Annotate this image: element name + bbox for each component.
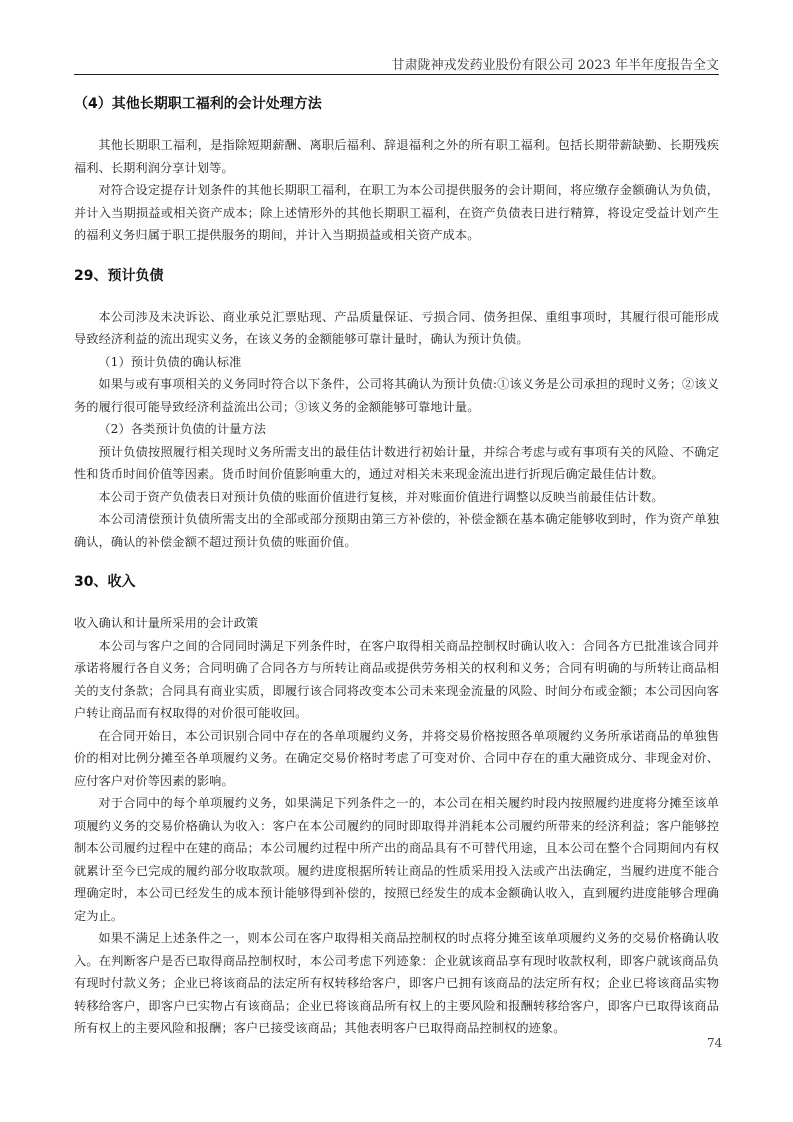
heading-provisions: 29、预计负债 <box>74 264 719 288</box>
subheading-recognition-criteria: （1）预计负债的确认标准 <box>74 351 719 374</box>
paragraph: 预计负债按照履行相关现时义务所需支出的最佳估计数进行初始计量，并综合考虑与或有事… <box>74 441 719 486</box>
paragraph: 本公司清偿预计负债所需支出的全部或部分预期由第三方补偿的，补偿金额在基本确定能够… <box>74 508 719 553</box>
revenue-policy-subtitle: 收入确认和计量所采用的会计政策 <box>74 612 719 635</box>
paragraph: 本公司与客户之间的合同同时满足下列条件时，在客户取得相关商品控制权时确认收入：合… <box>74 635 719 725</box>
paragraph: 其他长期职工福利，是指除短期薪酬、离职后福利、辞退福利之外的所有职工福利。包括长… <box>74 134 719 179</box>
subheading-measurement-methods: （2）各类预计负债的计量方法 <box>74 418 719 441</box>
paragraph: 如果与或有事项相关的义务同时符合以下条件，公司将其确认为预计负债:①该义务是公司… <box>74 373 719 418</box>
page-number: 74 <box>707 1036 722 1050</box>
paragraph: 在合同开始日，本公司识别合同中存在的各单项履约义务，并将交易价格按照各单项履约义… <box>74 725 719 793</box>
page-header: 甘肃陇神戎发药业股份有限公司 2023 年半年度报告全文 <box>74 52 719 75</box>
document-body: （4）其他长期职工福利的会计处理方法 其他长期职工福利，是指除短期薪酬、离职后福… <box>74 92 719 1040</box>
paragraph: 本公司涉及未决诉讼、商业承兑汇票贴现、产品质量保证、亏损合同、债务担保、重组事项… <box>74 306 719 351</box>
paragraph: 本公司于资产负债表日对预计负债的账面价值进行复核，并对账面价值进行调整以反映当前… <box>74 486 719 509</box>
header-title: 甘肃陇神戎发药业股份有限公司 2023 年半年度报告全文 <box>392 54 719 73</box>
heading-revenue: 30、收入 <box>74 570 719 594</box>
paragraph: 如果不满足上述条件之一，则本公司在客户取得相关商品控制权的时点将分摊至该单项履约… <box>74 927 719 1040</box>
heading-other-long-term-benefits: （4）其他长期职工福利的会计处理方法 <box>74 92 719 116</box>
paragraph: 对符合设定提存计划条件的其他长期职工福利，在职工为本公司提供服务的会计期间，将应… <box>74 179 719 247</box>
paragraph: 对于合同中的每个单项履约义务，如果满足下列条件之一的，本公司在相关履约时段内按照… <box>74 792 719 927</box>
